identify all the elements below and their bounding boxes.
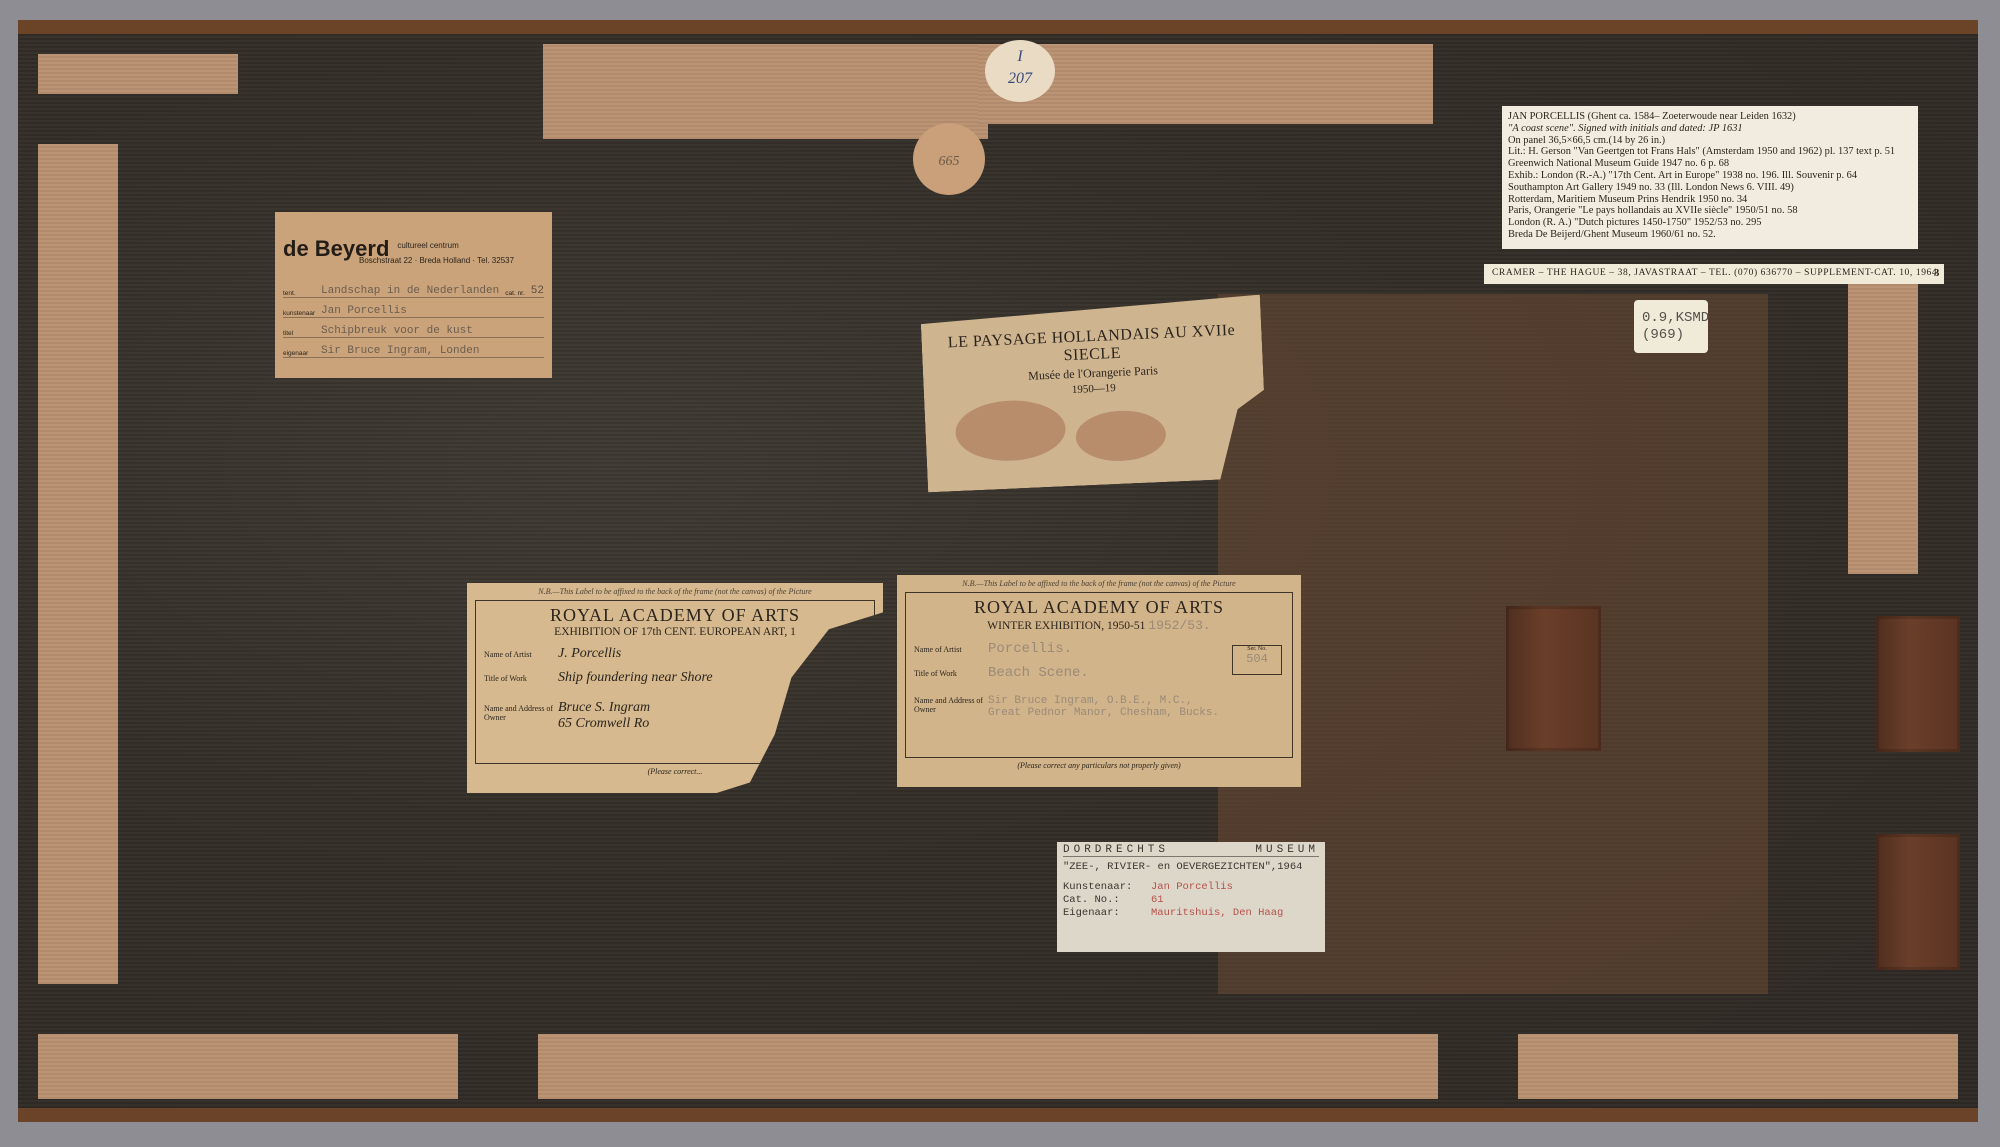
ra-title: ROYAL ACADEMY OF ARTS: [484, 605, 866, 626]
field-key: Name and Address of Owner: [914, 696, 988, 714]
field-value: 65 Cromwell Ro: [558, 716, 650, 732]
cramer-footer-strip: CRAMER – THE HAGUE – 38, JAVASTRAAT – TE…: [1484, 264, 1944, 284]
field-key: Title of Work: [914, 669, 988, 678]
ra-overstamp: 1952/53.: [1148, 618, 1210, 633]
page-number: 3: [1934, 267, 1940, 279]
seal-text: 665: [939, 154, 960, 169]
inventory-tag-line: (969): [1642, 327, 1700, 344]
field-value: Beach Scene.: [988, 665, 1089, 681]
field-key: tent.: [283, 290, 321, 297]
catalogue-line: JAN PORCELLIS (Ghent ca. 1584– Zoeterwou…: [1508, 111, 1912, 123]
water-stain: [1075, 409, 1167, 463]
field-key: Name of Artist: [914, 645, 988, 654]
ra-field: Title of Work Beach Scene.: [914, 665, 1284, 681]
field-value: Bruce S. Ingram: [558, 700, 650, 716]
wood-block: [1876, 616, 1960, 752]
beyerd-subtitle: cultureel centrum: [397, 240, 458, 252]
dord-field-row: Kunstenaar: Jan Porcellis: [1063, 881, 1319, 893]
catalogue-line: Paris, Orangerie "Le pays hollandais au …: [1508, 205, 1912, 217]
field-key: Cat. No.:: [1063, 894, 1151, 906]
ra-title: ROYAL ACADEMY OF ARTS: [914, 597, 1284, 618]
ra-box: ROYAL ACADEMY OF ARTS WINTER EXHIBITION,…: [905, 592, 1293, 758]
field-value: Landschap in de Nederlanden: [321, 285, 499, 297]
cat-key: cat. nr.: [505, 290, 525, 297]
ra-field: Name of Artist Porcellis.: [914, 641, 1284, 657]
inventory-tag-line: 0.9,KSMD: [1642, 310, 1700, 327]
beyerd-field-row: titel Schipbreuk voor de kust: [283, 321, 544, 338]
bottom-tape-strip: [1518, 1034, 1958, 1099]
beyerd-field-row: kunstenaar Jan Porcellis: [283, 301, 544, 318]
field-value: Jan Porcellis: [321, 305, 407, 317]
field-value: Mauritshuis, Den Haag: [1151, 907, 1283, 919]
ra-field: Name and Address of Owner Sir Bruce Ingr…: [914, 695, 1284, 719]
dord-field-row: Eigenaar: Mauritshuis, Den Haag: [1063, 907, 1319, 919]
dord-exhibition: "ZEE-, RIVIER- en OEVERGEZICHTEN",1964: [1063, 861, 1319, 873]
cat-value: 52: [531, 285, 544, 297]
catalogue-label: JAN PORCELLIS (Ghent ca. 1584– Zoeterwou…: [1502, 106, 1918, 249]
field-value: Porcellis.: [988, 641, 1072, 657]
field-value: Jan Porcellis: [1151, 881, 1233, 893]
serial-value: 504: [1233, 652, 1281, 666]
field-key: Eigenaar:: [1063, 907, 1151, 919]
field-key: kunstenaar: [283, 310, 321, 317]
paysage-hollandais-label: LE PAYSAGE HOLLANDAIS AU XVIIe SIECLE Mu…: [920, 295, 1268, 493]
field-value: 61: [1151, 894, 1164, 906]
top-tape-strip: [543, 44, 988, 139]
catalogue-line: Rotterdam, Maritiem Museum Prins Hendrik…: [1508, 194, 1912, 206]
dordrechts-museum-label: DORDRECHTS MUSEUM "ZEE-, RIVIER- en OEVE…: [1057, 842, 1325, 952]
field-value: J. Porcellis: [558, 646, 621, 662]
ra-footer: (Please correct any particulars not prop…: [905, 761, 1293, 770]
right-tape-strip: [1848, 274, 1918, 574]
dord-header-right: MUSEUM: [1255, 844, 1319, 856]
catalogue-line: Exhib.: London (R.-A.) "17th Cent. Art i…: [1508, 170, 1912, 182]
catalogue-line: "A coast scene". Signed with initials an…: [1508, 123, 1912, 135]
ra-subtitle-row: WINTER EXHIBITION, 1950-51 1952/53.: [914, 618, 1284, 633]
field-key: Name and Address of Owner: [484, 704, 558, 722]
ra-subtitle: WINTER EXHIBITION, 1950-51: [987, 620, 1145, 632]
field-value: Sir Bruce Ingram, Londen: [321, 345, 479, 357]
field-key: Kunstenaar:: [1063, 881, 1151, 893]
cramer-footer-text: CRAMER – THE HAGUE – 38, JAVASTRAAT – TE…: [1492, 268, 1937, 278]
dord-field-row: Cat. No.: 61: [1063, 894, 1319, 906]
ra-note: N.B.—This Label to be affixed to the bac…: [905, 579, 1293, 588]
catalogue-line: Breda De Beijerd/Ghent Museum 1960/61 no…: [1508, 229, 1912, 241]
royal-academy-1952-label: N.B.—This Label to be affixed to the bac…: [897, 575, 1301, 787]
field-key: eigenaar: [283, 350, 321, 357]
wood-block: [1506, 606, 1601, 751]
ra-subtitle: EXHIBITION OF 17th CENT. EUROPEAN ART, 1: [484, 626, 866, 638]
catalogue-line: Southampton Art Gallery 1949 no. 33 (Ill…: [1508, 182, 1912, 194]
field-key: titel: [283, 330, 321, 337]
catalogue-line: Greenwich National Museum Guide 1947 no.…: [1508, 158, 1912, 170]
field-key: Name of Artist: [484, 650, 558, 659]
bottom-tape-strip: [538, 1034, 1438, 1099]
catalogue-line: London (R. A.) "Dutch pictures 1450-1750…: [1508, 217, 1912, 229]
field-value: Ship foundering near Shore: [558, 670, 713, 686]
beyerd-address: Boschstraat 22 · Breda Holland · Tel. 32…: [359, 256, 544, 265]
field-value: Great Pednor Manor, Chesham, Bucks.: [988, 707, 1219, 719]
dord-header-left: DORDRECHTS: [1063, 844, 1169, 856]
ra-note: N.B.—This Label to be affixed to the bac…: [475, 587, 875, 596]
top-left-tape: [38, 54, 238, 94]
serial-number-box: Ser. No. 504: [1232, 645, 1282, 675]
dord-header: DORDRECHTS MUSEUM: [1063, 844, 1319, 857]
inventory-tag: 0.9,KSMD (969): [1634, 300, 1708, 353]
seal-sticker: 665: [913, 123, 985, 195]
field-value: Schipbreuk voor de kust: [321, 325, 473, 337]
wood-block: [1876, 834, 1960, 970]
catalogue-line: On panel 36,5×66,5 cm.(14 by 26 in.): [1508, 135, 1912, 147]
left-tape-strip: [38, 144, 118, 984]
sticker-line: I: [985, 46, 1055, 68]
de-beyerd-label: de Beyerd cultureel centrum Boschstraat …: [275, 212, 552, 378]
field-key: Title of Work: [484, 674, 558, 683]
sticker-line: 207: [985, 68, 1055, 90]
field-value: Sir Bruce Ingram, O.B.E., M.C.,: [988, 695, 1219, 707]
inventory-round-sticker: I 207: [985, 40, 1055, 102]
water-stain: [954, 398, 1067, 463]
beyerd-field-row: eigenaar Sir Bruce Ingram, Londen: [283, 341, 544, 358]
beyerd-field-row: tent. Landschap in de Nederlanden cat. n…: [283, 281, 544, 298]
bottom-tape-strip: [38, 1034, 458, 1099]
catalogue-line: Lit.: H. Gerson "Van Geertgen tot Frans …: [1508, 146, 1912, 158]
